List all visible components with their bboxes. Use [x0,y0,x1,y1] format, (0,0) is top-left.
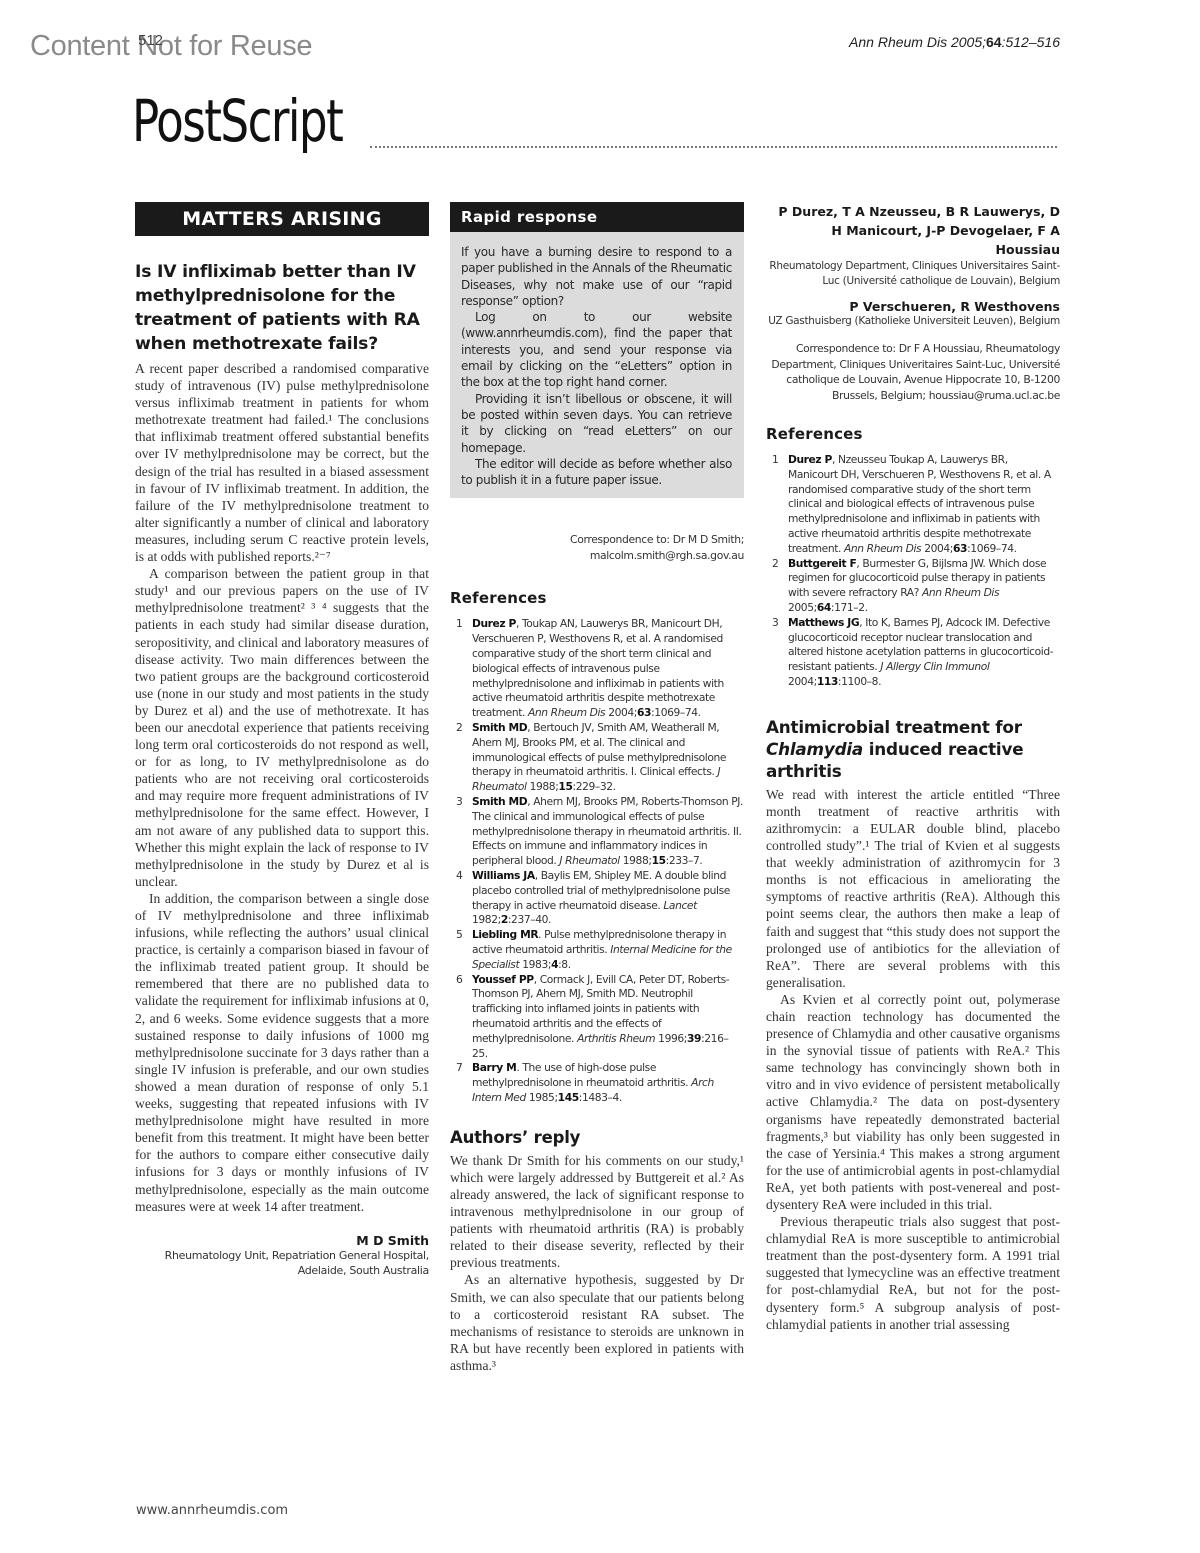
reference-journal: Ann Rheum Dis [844,542,921,555]
reference-year: 1988; [527,780,559,793]
letter-paragraph: We read with interest the article entitl… [766,786,1060,991]
reference-number: 1 [456,617,462,632]
rapid-paragraph: If you have a burning desire to respond … [461,244,732,309]
letter-paragraph: A recent paper described a randomised co… [135,360,429,565]
authors-reply-heading: Authors’ reply [450,1128,744,1147]
reference-item: 2Buttgereit F, Burmester G, Bijlsma JW. … [766,557,1060,616]
references-heading: References [450,589,744,607]
reference-year: 2004; [788,675,817,688]
reference-journal: Ann Rheum Dis [528,706,605,719]
reference-authors: Smith MD [472,721,527,734]
reference-authors: Matthews JG [788,616,859,629]
reference-pages: :8. [558,958,571,971]
reference-volume: 145 [558,1091,579,1104]
reference-year: 2004; [921,542,953,555]
reference-text: , Toukap AN, Lauwerys BR, Manicourt DH, … [472,617,724,719]
letter-paragraph: In addition, the comparison between a si… [135,890,429,1215]
masthead: PostScript [132,86,1057,156]
reference-authors: Williams JA [472,869,535,882]
title-part: Antimicrobial treatment for [766,717,1022,737]
rapid-response-heading: Rapid response [450,202,744,232]
letter-paragraph: Previous therapeutic trials also suggest… [766,1213,1060,1333]
reference-pages: :171–2. [831,601,868,614]
reference-year: 1996; [655,1032,687,1045]
letter-paragraph: As Kvien et al correctly point out, poly… [766,991,1060,1213]
rapid-response-box: Rapid response If you have a burning des… [450,202,744,498]
reference-year: 2005; [788,601,817,614]
reference-pages: :1069–74. [967,542,1017,555]
chlamydia-letter-body: We read with interest the article entitl… [766,786,1060,1333]
reference-authors: Durez P [788,453,832,466]
references-list: 1Durez P, Toukap AN, Lauwerys BR, Manico… [450,617,744,1105]
column-3: P Durez, T A Nzeusseu, B R Lauwerys, D H… [766,202,1060,1333]
reference-volume: 113 [817,675,838,688]
reference-volume: 39 [687,1032,701,1045]
reference-text: , Nzeusseu Toukap A, Lauwerys BR, Manico… [788,453,1051,555]
reference-journal: Arthritis Rheum [577,1032,655,1045]
page-number: 512 [138,32,163,49]
reference-journal: Lancet [663,899,697,912]
running-head-volume: 64 [986,34,1002,50]
reference-number: 1 [772,453,778,468]
title-italic: Chlamydia [766,739,863,759]
column-2: Rapid response If you have a burning des… [450,202,744,1374]
letter-affiliation: Rheumatology Unit, Repatriation General … [135,1248,429,1278]
reply-paragraph: We thank Dr Smith for his comments on ou… [450,1152,744,1272]
running-head-journal: Ann Rheum Dis [849,34,947,50]
reply-paragraph: As an alternative hypothesis, suggested … [450,1271,744,1374]
reference-journal: Ann Rheum Dis [922,586,999,599]
reference-number: 7 [456,1061,462,1076]
masthead-dotted-rule [370,146,1057,148]
reference-item: 1Durez P, Toukap AN, Lauwerys BR, Manico… [450,617,744,721]
letter-author: M D Smith [135,1233,429,1248]
rapid-paragraph: Log on to our website (www.annrheumdis.c… [461,309,732,390]
rapid-paragraph: The editor will decide as before whether… [461,456,732,489]
reference-item: 3Matthews JG, Ito K, Barnes PJ, Adcock I… [766,616,1060,690]
running-head-year: 2005; [951,34,986,50]
letter-title: Is IV infliximab better than IV methylpr… [135,260,429,356]
matters-arising-banner: MATTERS ARISING [135,202,429,236]
reply-byline-2: P Verschueren, R Westhovens [766,299,1060,314]
reference-pages: :229–32. [573,780,616,793]
reference-authors: Buttgereit F [788,557,856,570]
reference-volume: 63 [953,542,967,555]
reference-authors: Youssef PP [472,973,534,986]
reference-pages: :1100–8. [838,675,881,688]
reference-volume: 15 [652,854,666,867]
reference-item: 4Williams JA, Baylis EM, Shipley ME. A d… [450,869,744,928]
reference-number: 2 [772,557,778,572]
reference-number: 3 [456,795,462,810]
reference-authors: Liebling MR [472,928,538,941]
reference-journal: J Rheumatol [559,854,619,867]
letter-body: A recent paper described a randomised co… [135,360,429,1215]
reference-item: 5Liebling MR. Pulse methylprednisolone t… [450,928,744,972]
reference-item: 1Durez P, Nzeusseu Toukap A, Lauwerys BR… [766,453,1060,557]
reference-number: 3 [772,616,778,631]
references-list: 1Durez P, Nzeusseu Toukap A, Lauwerys BR… [766,453,1060,690]
reference-item: 7Barry M. The use of high-dose pulse met… [450,1061,744,1105]
reference-pages: :1069–74. [651,706,701,719]
reference-pages: :1483–4. [579,1091,622,1104]
reference-volume: 63 [637,706,651,719]
reference-journal: J Allergy Clin Immunol [880,660,989,673]
reference-year: 1983; [519,958,551,971]
references-heading: References [766,425,1060,443]
reference-authors: Durez P [472,617,516,630]
reply-affiliation-2: UZ Gasthuisberg (Katholieke Universiteit… [766,314,1060,329]
running-head-pages: :512–516 [1002,34,1060,50]
reference-number: 5 [456,928,462,943]
reply-byline-1: P Durez, T A Nzeusseu, B R Lauwerys, D H… [766,202,1060,259]
reference-volume: 64 [817,601,831,614]
masthead-title: PostScript [132,86,342,156]
reference-volume: 15 [558,780,572,793]
reference-year: 1988; [620,854,652,867]
footer-url[interactable]: www.annrheumdis.com [136,1503,288,1518]
letter-paragraph: A comparison between the patient group i… [135,565,429,890]
reference-authors: Smith MD [472,795,527,808]
reference-item: 2Smith MD, Bertouch JV, Smith AM, Weathe… [450,721,744,795]
reference-pages: :237–40. [508,913,551,926]
reference-pages: :233–7. [666,854,703,867]
reference-item: 3Smith MD, Ahern MJ, Brooks PM, Roberts-… [450,795,744,869]
reference-volume: 2 [501,913,508,926]
correspondence-smith: Correspondence to: Dr M D Smith; malcolm… [450,532,744,563]
running-head: Ann Rheum Dis 2005;64:512–516 [849,34,1060,50]
reference-number: 4 [456,869,462,884]
rapid-response-body: If you have a burning desire to respond … [450,232,744,498]
reference-number: 6 [456,973,462,988]
reference-year: 1985; [526,1091,558,1104]
watermark: Content Not for Reuse [30,30,312,63]
reference-year: 1982; [472,913,501,926]
reply-affiliation-1: Rheumatology Department, Cliniques Unive… [766,259,1060,289]
reference-authors: Barry M [472,1061,516,1074]
correspondence-houssiau: Correspondence to: Dr F A Houssiau, Rheu… [766,341,1060,403]
reference-item: 6Youssef PP, Cormack J, Evill CA, Peter … [450,973,744,1062]
column-1: MATTERS ARISING Is IV infliximab better … [135,202,429,1278]
rapid-paragraph: Providing it isn’t libellous or obscene,… [461,391,732,456]
reference-number: 2 [456,721,462,736]
authors-reply-body: We thank Dr Smith for his comments on ou… [450,1152,744,1374]
chlamydia-letter-title: Antimicrobial treatment for Chlamydia in… [766,716,1060,782]
reference-year: 2004; [605,706,637,719]
